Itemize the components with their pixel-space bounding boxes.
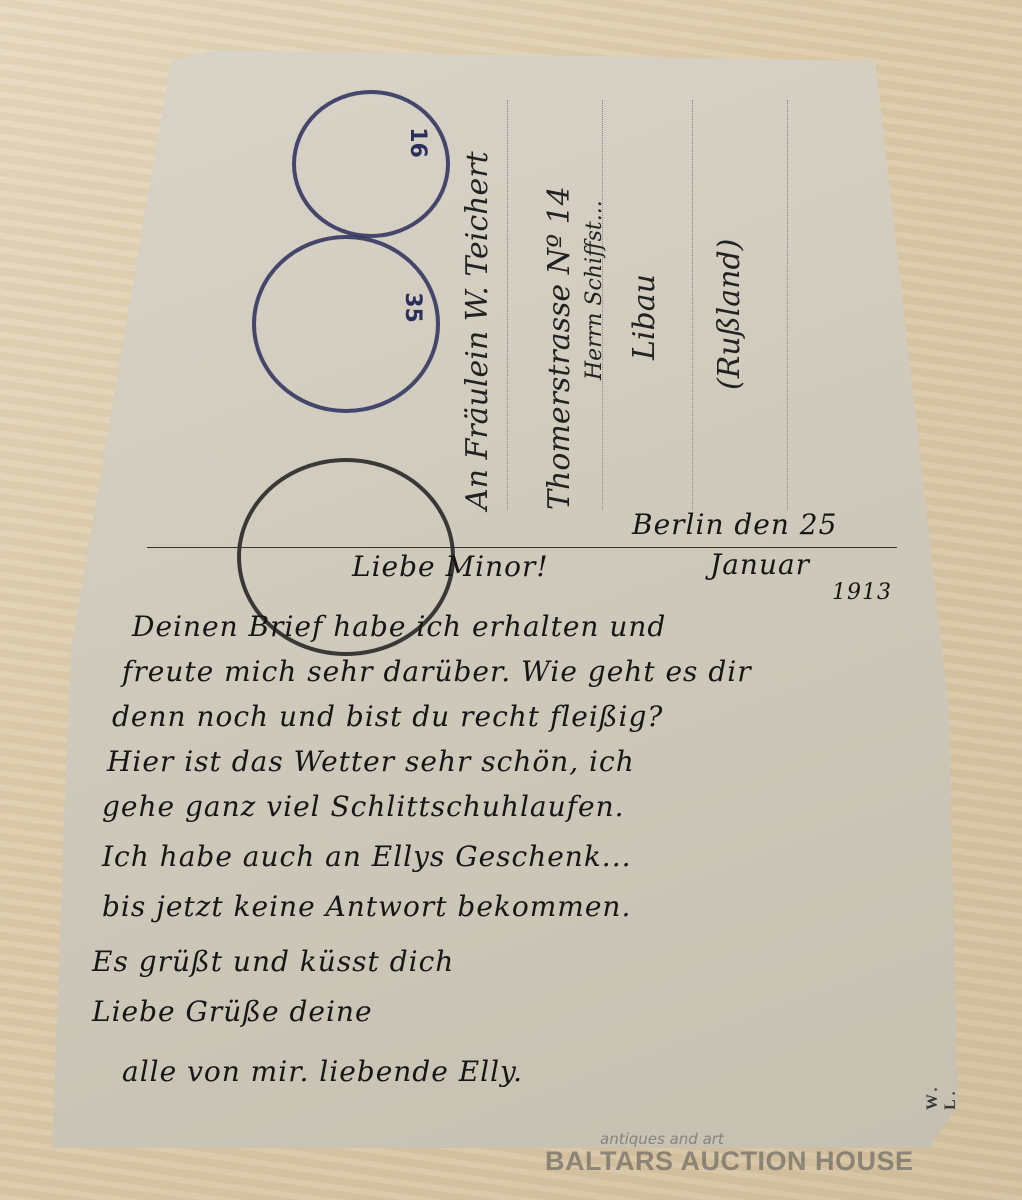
- postmark-top-number: 16: [405, 127, 430, 158]
- body-line-6: Ich habe auch an Ellys Geschenk...: [102, 840, 632, 873]
- body-line-3: denn noch und bist du recht fleißig?: [112, 700, 663, 733]
- watermark-brand: BALTARS AUCTION HOUSE: [545, 1146, 914, 1177]
- body-line-5: gehe ganz viel Schlittschuhlaufen.: [102, 790, 625, 823]
- address-rule-3: [692, 100, 693, 510]
- address-line-4: Libau: [627, 274, 662, 360]
- dateline-place: Berlin den 25: [632, 508, 837, 541]
- dateline-year: 1913: [832, 580, 892, 605]
- body-line-2: freute mich sehr darüber. Wie geht es di…: [122, 655, 752, 688]
- greeting: Liebe Minor!: [352, 550, 549, 583]
- address-rule-1: [507, 100, 508, 510]
- body-line-9: Liebe Grüße deine: [92, 995, 373, 1028]
- body-line-7: bis jetzt keine Antwort bekommen.: [102, 890, 631, 923]
- postmark-middle: [252, 235, 440, 413]
- postmark-middle-number: 35: [400, 292, 425, 323]
- body-line-10: alle von mir. liebende Elly.: [122, 1055, 523, 1088]
- address-line-2: Thomerstrasse Nº 14: [542, 186, 577, 510]
- dateline-month: Januar: [710, 548, 810, 581]
- address-line-1: An Fräulein W. Teichert: [460, 151, 495, 510]
- auction-house-watermark: antiques and art BALTARS AUCTION HOUSE: [545, 1130, 914, 1177]
- postcard: 16 35 An Fräulein W. Teichert Thomerstra…: [52, 50, 967, 1148]
- postmark-top: [292, 90, 450, 238]
- address-line-3: Herrn Schiffst...: [582, 200, 607, 380]
- address-rule-4: [787, 100, 788, 510]
- body-line-4: Hier ist das Wetter sehr schön, ich: [107, 745, 635, 778]
- body-line-8: Es grüßt und küsst dich: [92, 945, 454, 978]
- body-line-1: Deinen Brief habe ich erhalten und: [132, 610, 666, 643]
- address-line-5: (Rußland): [712, 239, 747, 390]
